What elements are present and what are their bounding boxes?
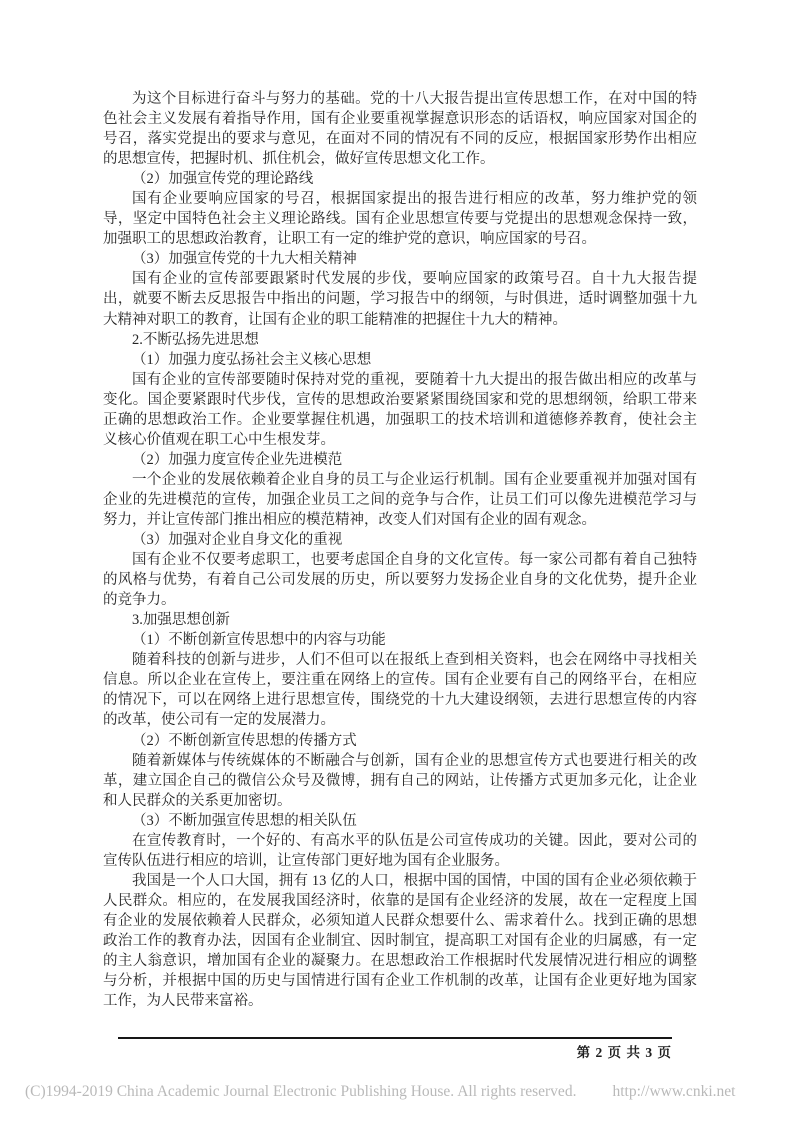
pdf-document-page: 为这个目标进行奋斗与努力的基础。党的十八大报告提出宣传思想工作，在对中国的特色社… bbox=[0, 0, 793, 1122]
body-paragraph: 国有企业不仅要考虑职工，也要考虑国企自身的文化宣传。每一家公司都有着自己独特的风… bbox=[103, 550, 697, 610]
cnki-url-text: http://www.cnki.net bbox=[612, 1083, 735, 1100]
body-paragraph: 一个企业的发展依赖着企业自身的员工与企业运行机制。国有企业要重视并加强对国有企业… bbox=[103, 470, 697, 530]
section-heading: （3）不断加强宣传思想的相关队伍 bbox=[103, 811, 697, 831]
section-heading: （3）加强对企业自身文化的重视 bbox=[103, 530, 697, 550]
section-heading: （1）不断创新宣传思想中的内容与功能 bbox=[103, 630, 697, 650]
section-heading: （2）不断创新宣传思想的传播方式 bbox=[103, 731, 697, 751]
body-paragraph: 我国是一个人口大国，拥有 13 亿的人口，根据中国的国情，中国的国有企业必须依赖… bbox=[103, 871, 697, 1011]
copyright-text: (C)1994-2019 China Academic Journal Elec… bbox=[25, 1083, 576, 1100]
cnki-copyright-watermark: (C)1994-2019 China Academic Journal Elec… bbox=[25, 1083, 735, 1101]
page-number-indicator: 第 2 页 共 3 页 bbox=[577, 1041, 672, 1061]
document-body: 为这个目标进行奋斗与努力的基础。党的十八大报告提出宣传思想工作，在对中国的特色社… bbox=[103, 89, 697, 1011]
section-heading: （1）加强力度弘扬社会主义核心思想 bbox=[103, 350, 697, 370]
section-heading: （3）加强宣传党的十九大相关精神 bbox=[103, 249, 697, 269]
section-heading: （2）加强力度宣传企业先进模范 bbox=[103, 450, 697, 470]
section-heading: 3.加强思想创新 bbox=[103, 610, 697, 630]
body-paragraph: 随着新媒体与传统媒体的不断融合与创新，国有企业的思想宣传方式也要进行相关的改革，… bbox=[103, 751, 697, 811]
body-paragraph: 为这个目标进行奋斗与努力的基础。党的十八大报告提出宣传思想工作，在对中国的特色社… bbox=[103, 89, 697, 169]
body-paragraph: 国有企业的宣传部要随时保持对党的重视，要随着十九大提出的报告做出相应的改革与变化… bbox=[103, 370, 697, 450]
body-paragraph: 在宣传教育时，一个好的、有高水平的队伍是公司宣传成功的关键。因此，要对公司的宣传… bbox=[103, 831, 697, 871]
body-paragraph: 国有企业的宣传部要跟紧时代发展的步伐，要响应国家的政策号召。自十九大报告提出，就… bbox=[103, 269, 697, 329]
section-heading: （2）加强宣传党的理论路线 bbox=[103, 169, 697, 189]
body-paragraph: 随着科技的创新与进步，人们不但可以在报纸上查到相关资料，也会在网络中寻找相关信息… bbox=[103, 650, 697, 730]
footer-divider bbox=[118, 1037, 672, 1039]
body-paragraph: 国有企业要响应国家的号召，根据国家提出的报告进行相应的改革，努力维护党的领导，坚… bbox=[103, 189, 697, 249]
section-heading: 2.不断弘扬先进思想 bbox=[103, 330, 697, 350]
